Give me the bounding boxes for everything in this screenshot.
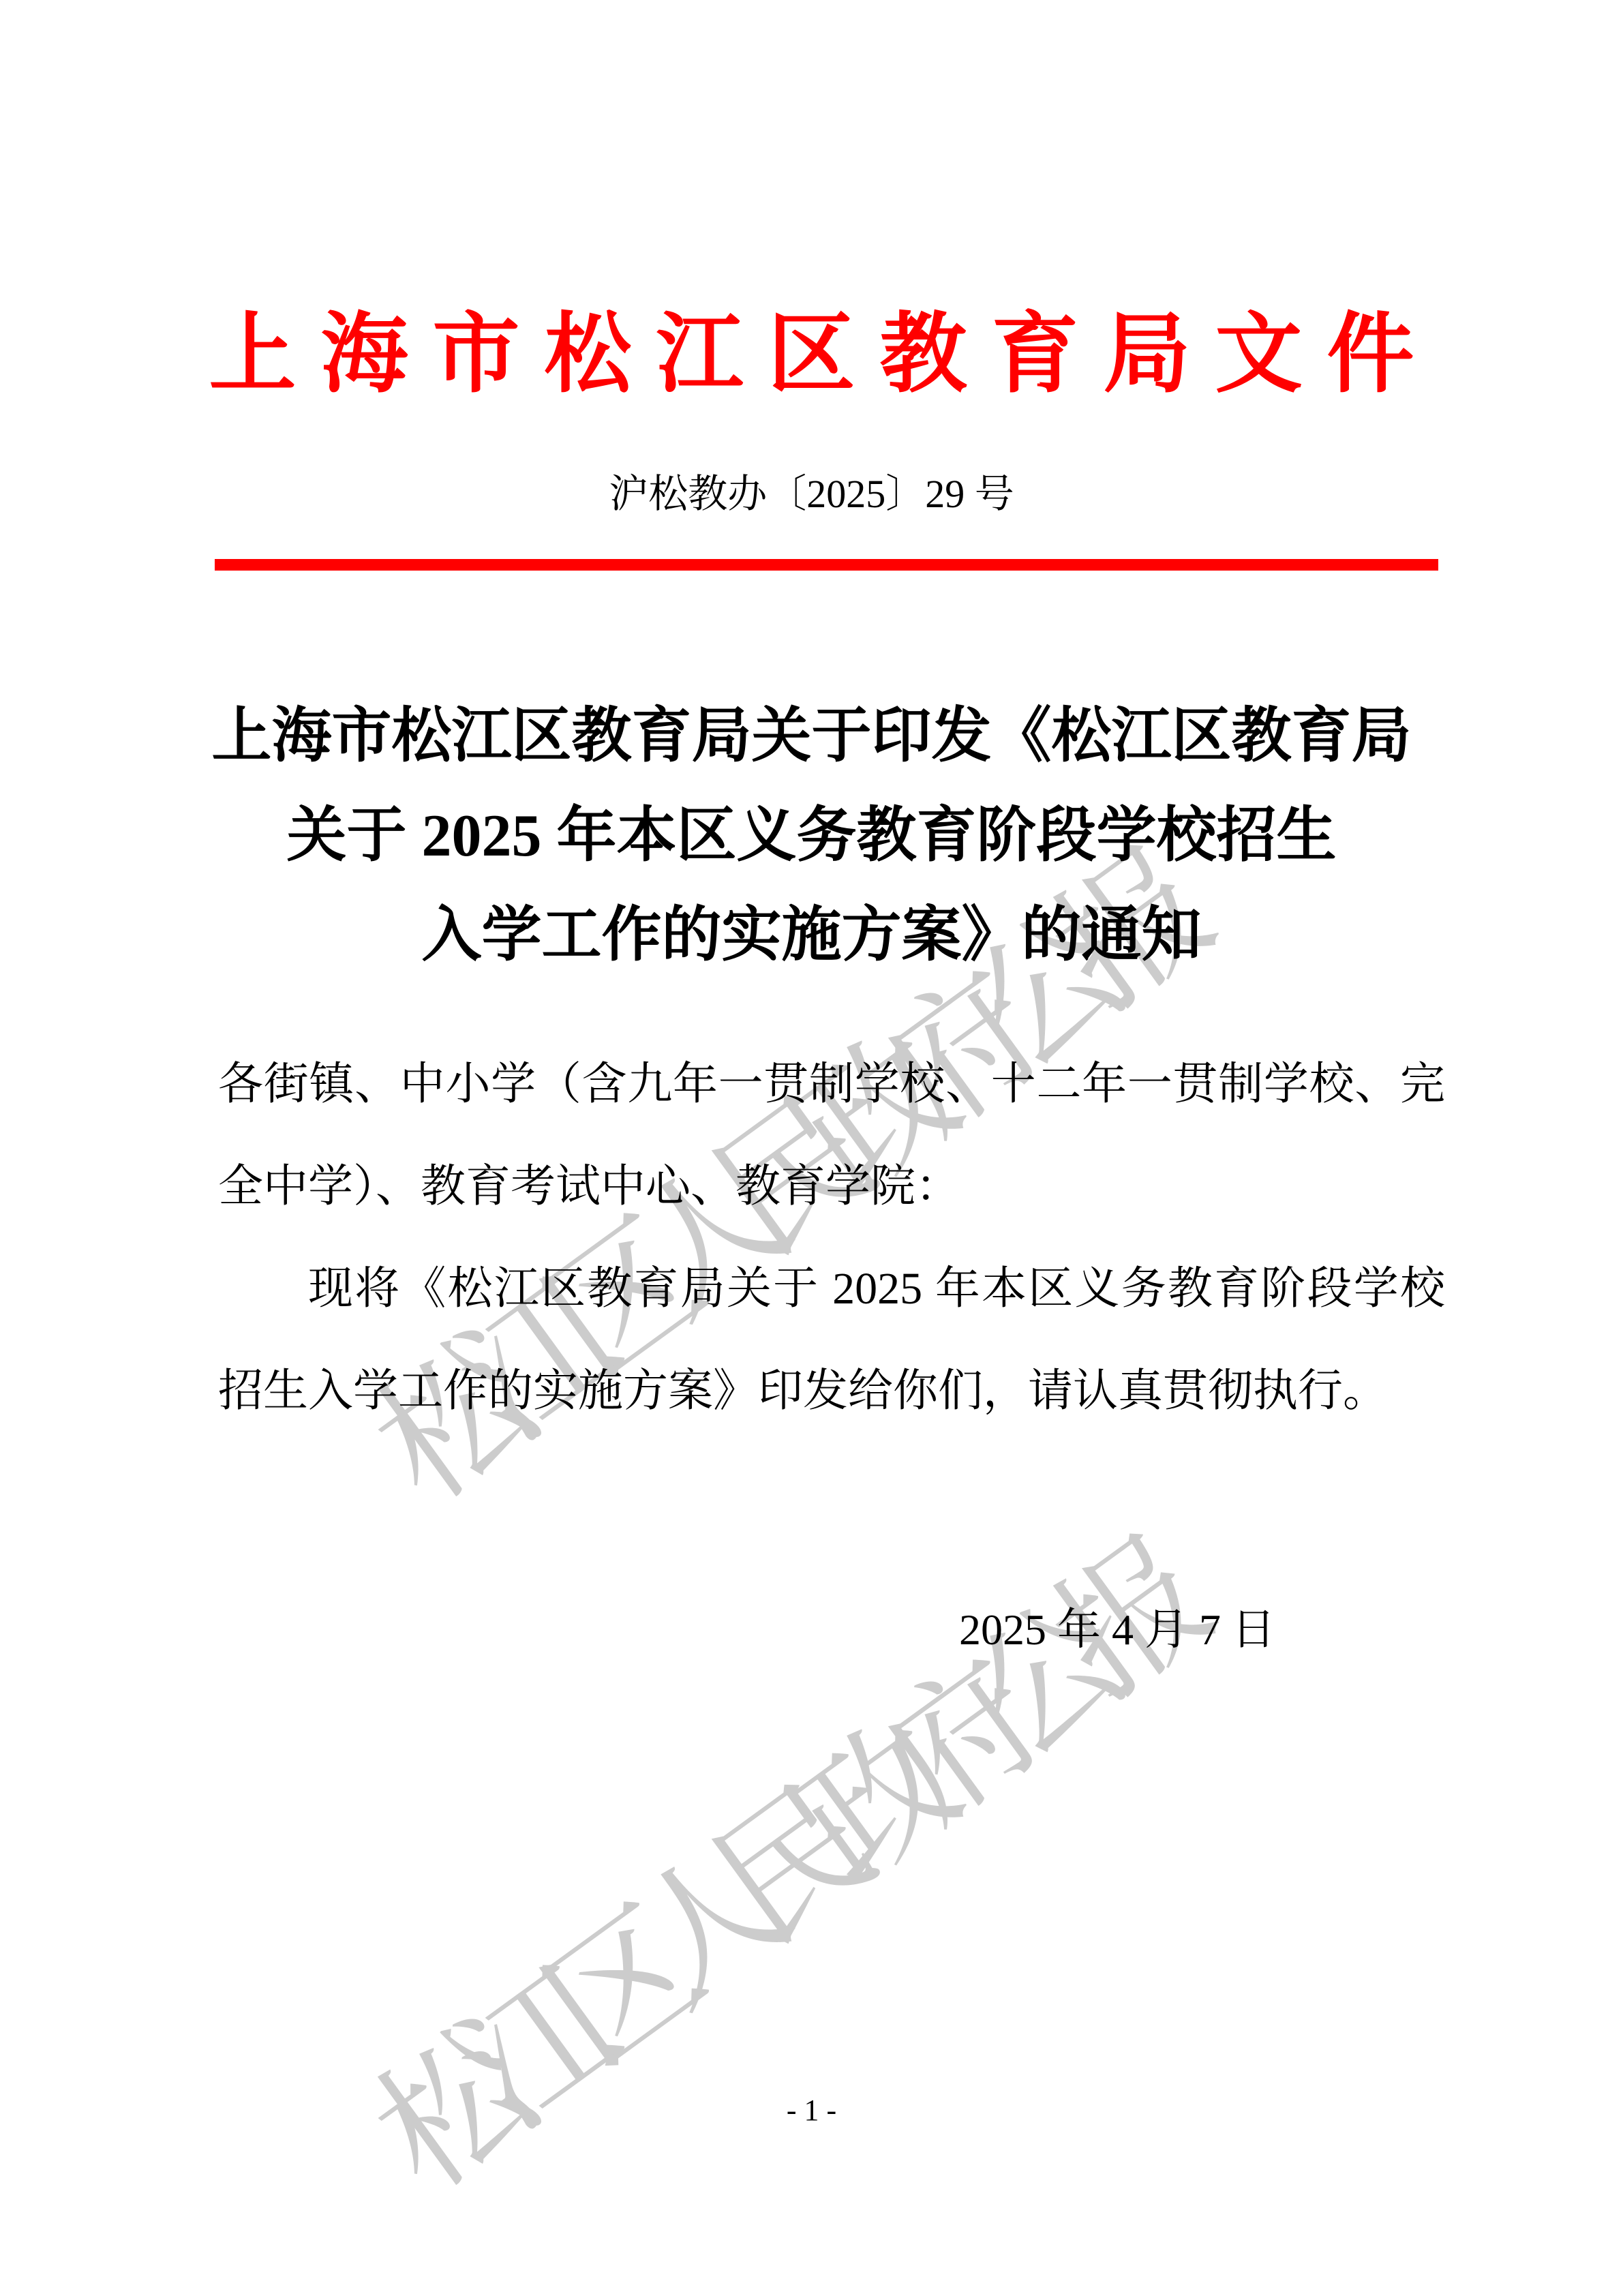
document-title: 上海市松江区教育局关于印发《松江区教育局 关于 2025 年本区义务教育阶段学校… [0,687,1623,986]
document-number: 沪松教办〔2025〕29 号 [0,472,1623,517]
document-title-line-2: 关于 2025 年本区义务教育阶段学校招生 [0,787,1623,886]
notice-paragraph: 现将《松江区教育局关于 2025 年本区义务教育阶段学校招生入学工作的实施方案》… [218,1238,1445,1442]
agency-letterhead-title: 上海市松江区教育局文件 [0,308,1623,401]
red-divider-line [215,559,1438,571]
document-title-line-1: 上海市松江区教育局关于印发《松江区教育局 [0,687,1623,787]
addressees-paragraph: 各街镇、中小学（含九年一贯制学校、十二年一贯制学校、完全中学）、教育考试中心、教… [218,1033,1445,1238]
document-date: 2025 年 4 月 7 日 [0,1606,1275,1654]
page-number: - 1 - [0,2094,1623,2127]
document-body: 各街镇、中小学（含九年一贯制学校、十二年一贯制学校、完全中学）、教育考试中心、教… [218,1033,1445,1442]
document-page: 松江区人民政府公报 松江区人民政府公报 上海市松江区教育局文件 沪松教办〔202… [0,0,1623,2296]
document-title-line-3: 入学工作的实施方案》的通知 [0,886,1623,986]
